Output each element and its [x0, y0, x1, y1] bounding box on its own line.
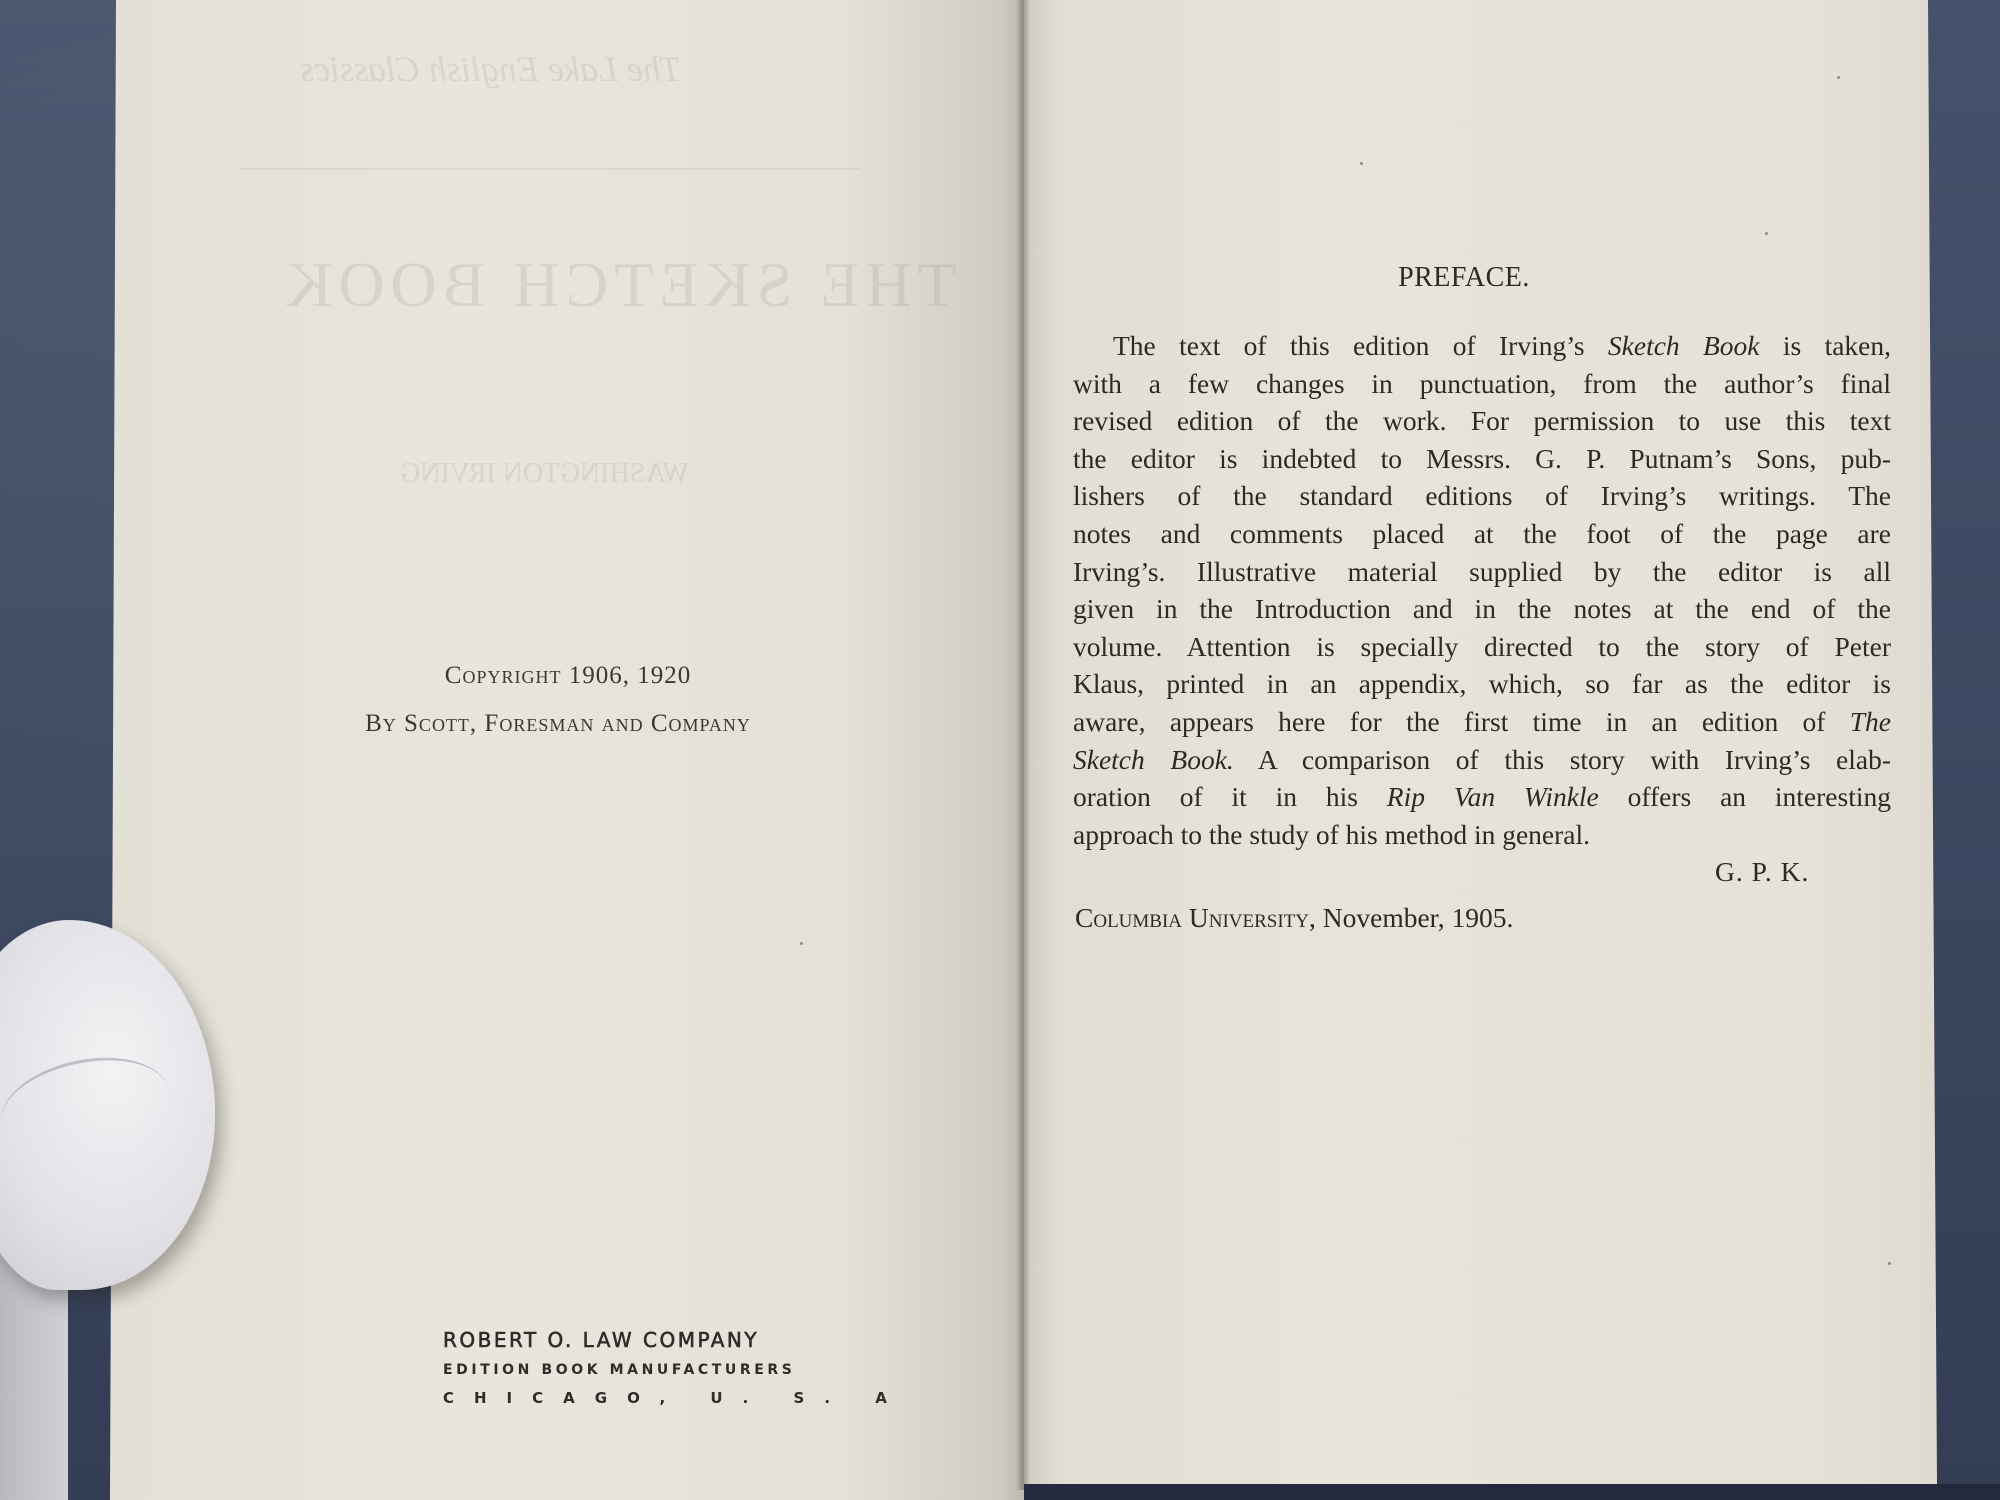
bleed-through-rule [240, 168, 860, 170]
body-line: volume. Attention is specially directed … [1073, 628, 1891, 666]
body-line: given in the Introduction and in the not… [1073, 590, 1891, 628]
body-line: the editor is indebted to Messrs. G. P. … [1073, 440, 1891, 478]
left-page [110, 0, 1026, 1500]
preface-heading: PREFACE. [1024, 262, 1904, 294]
editor-initials: G. P. K. [1715, 856, 1809, 888]
printer-location: CHICAGO, U. S. A [443, 1389, 907, 1407]
printer-name: ROBERT O. LAW COMPANY [443, 1328, 759, 1352]
body-line: Klaus, printed in an appendix, which, so… [1073, 665, 1891, 703]
copyright-publisher: By Scott, Foresman and Company [100, 710, 1016, 738]
body-line: The text of this edition of Irving’s Ske… [1073, 327, 1891, 365]
body-line: notes and comments placed at the foot of… [1073, 515, 1891, 553]
table-surface-edge [1024, 1484, 2000, 1500]
body-line: with a few changes in punctuation, from … [1073, 365, 1891, 403]
paper-speck [1837, 76, 1840, 79]
dateline: Columbia University, November, 1905. [1075, 902, 1513, 934]
paper-speck [1888, 1262, 1891, 1265]
body-line: Sketch Book. A comparison of this story … [1073, 741, 1891, 779]
institution: Columbia University, [1075, 902, 1316, 933]
body-line: oration of it in his Rip Van Winkle offe… [1073, 778, 1891, 816]
body-line: Irving’s. Illustrative material supplied… [1073, 553, 1891, 591]
bleed-through-text: WASHINGTON IRVING [400, 458, 689, 490]
paper-speck [1765, 232, 1768, 235]
bleed-through-text: The Lake English Classics [300, 48, 681, 90]
printer-description: EDITION BOOK MANUFACTURERS [443, 1362, 795, 1378]
body-line: revised edition of the work. For permiss… [1073, 402, 1891, 440]
body-line: aware, appears here for the first time i… [1073, 703, 1891, 741]
body-line: lishers of the standard editions of Irvi… [1073, 477, 1891, 515]
paper-speck [800, 942, 803, 945]
copyright-year: Copyright 1906, 1920 [110, 662, 1026, 690]
preface-body: The text of this edition of Irving’s Ske… [1073, 327, 1891, 853]
paper-speck [1360, 162, 1363, 165]
body-line: approach to the study of his method in g… [1073, 816, 1891, 854]
date: November, 1905. [1316, 902, 1513, 933]
bleed-through-title: THE SKETCH BOOK [280, 248, 957, 322]
book-gutter [1016, 0, 1030, 1490]
